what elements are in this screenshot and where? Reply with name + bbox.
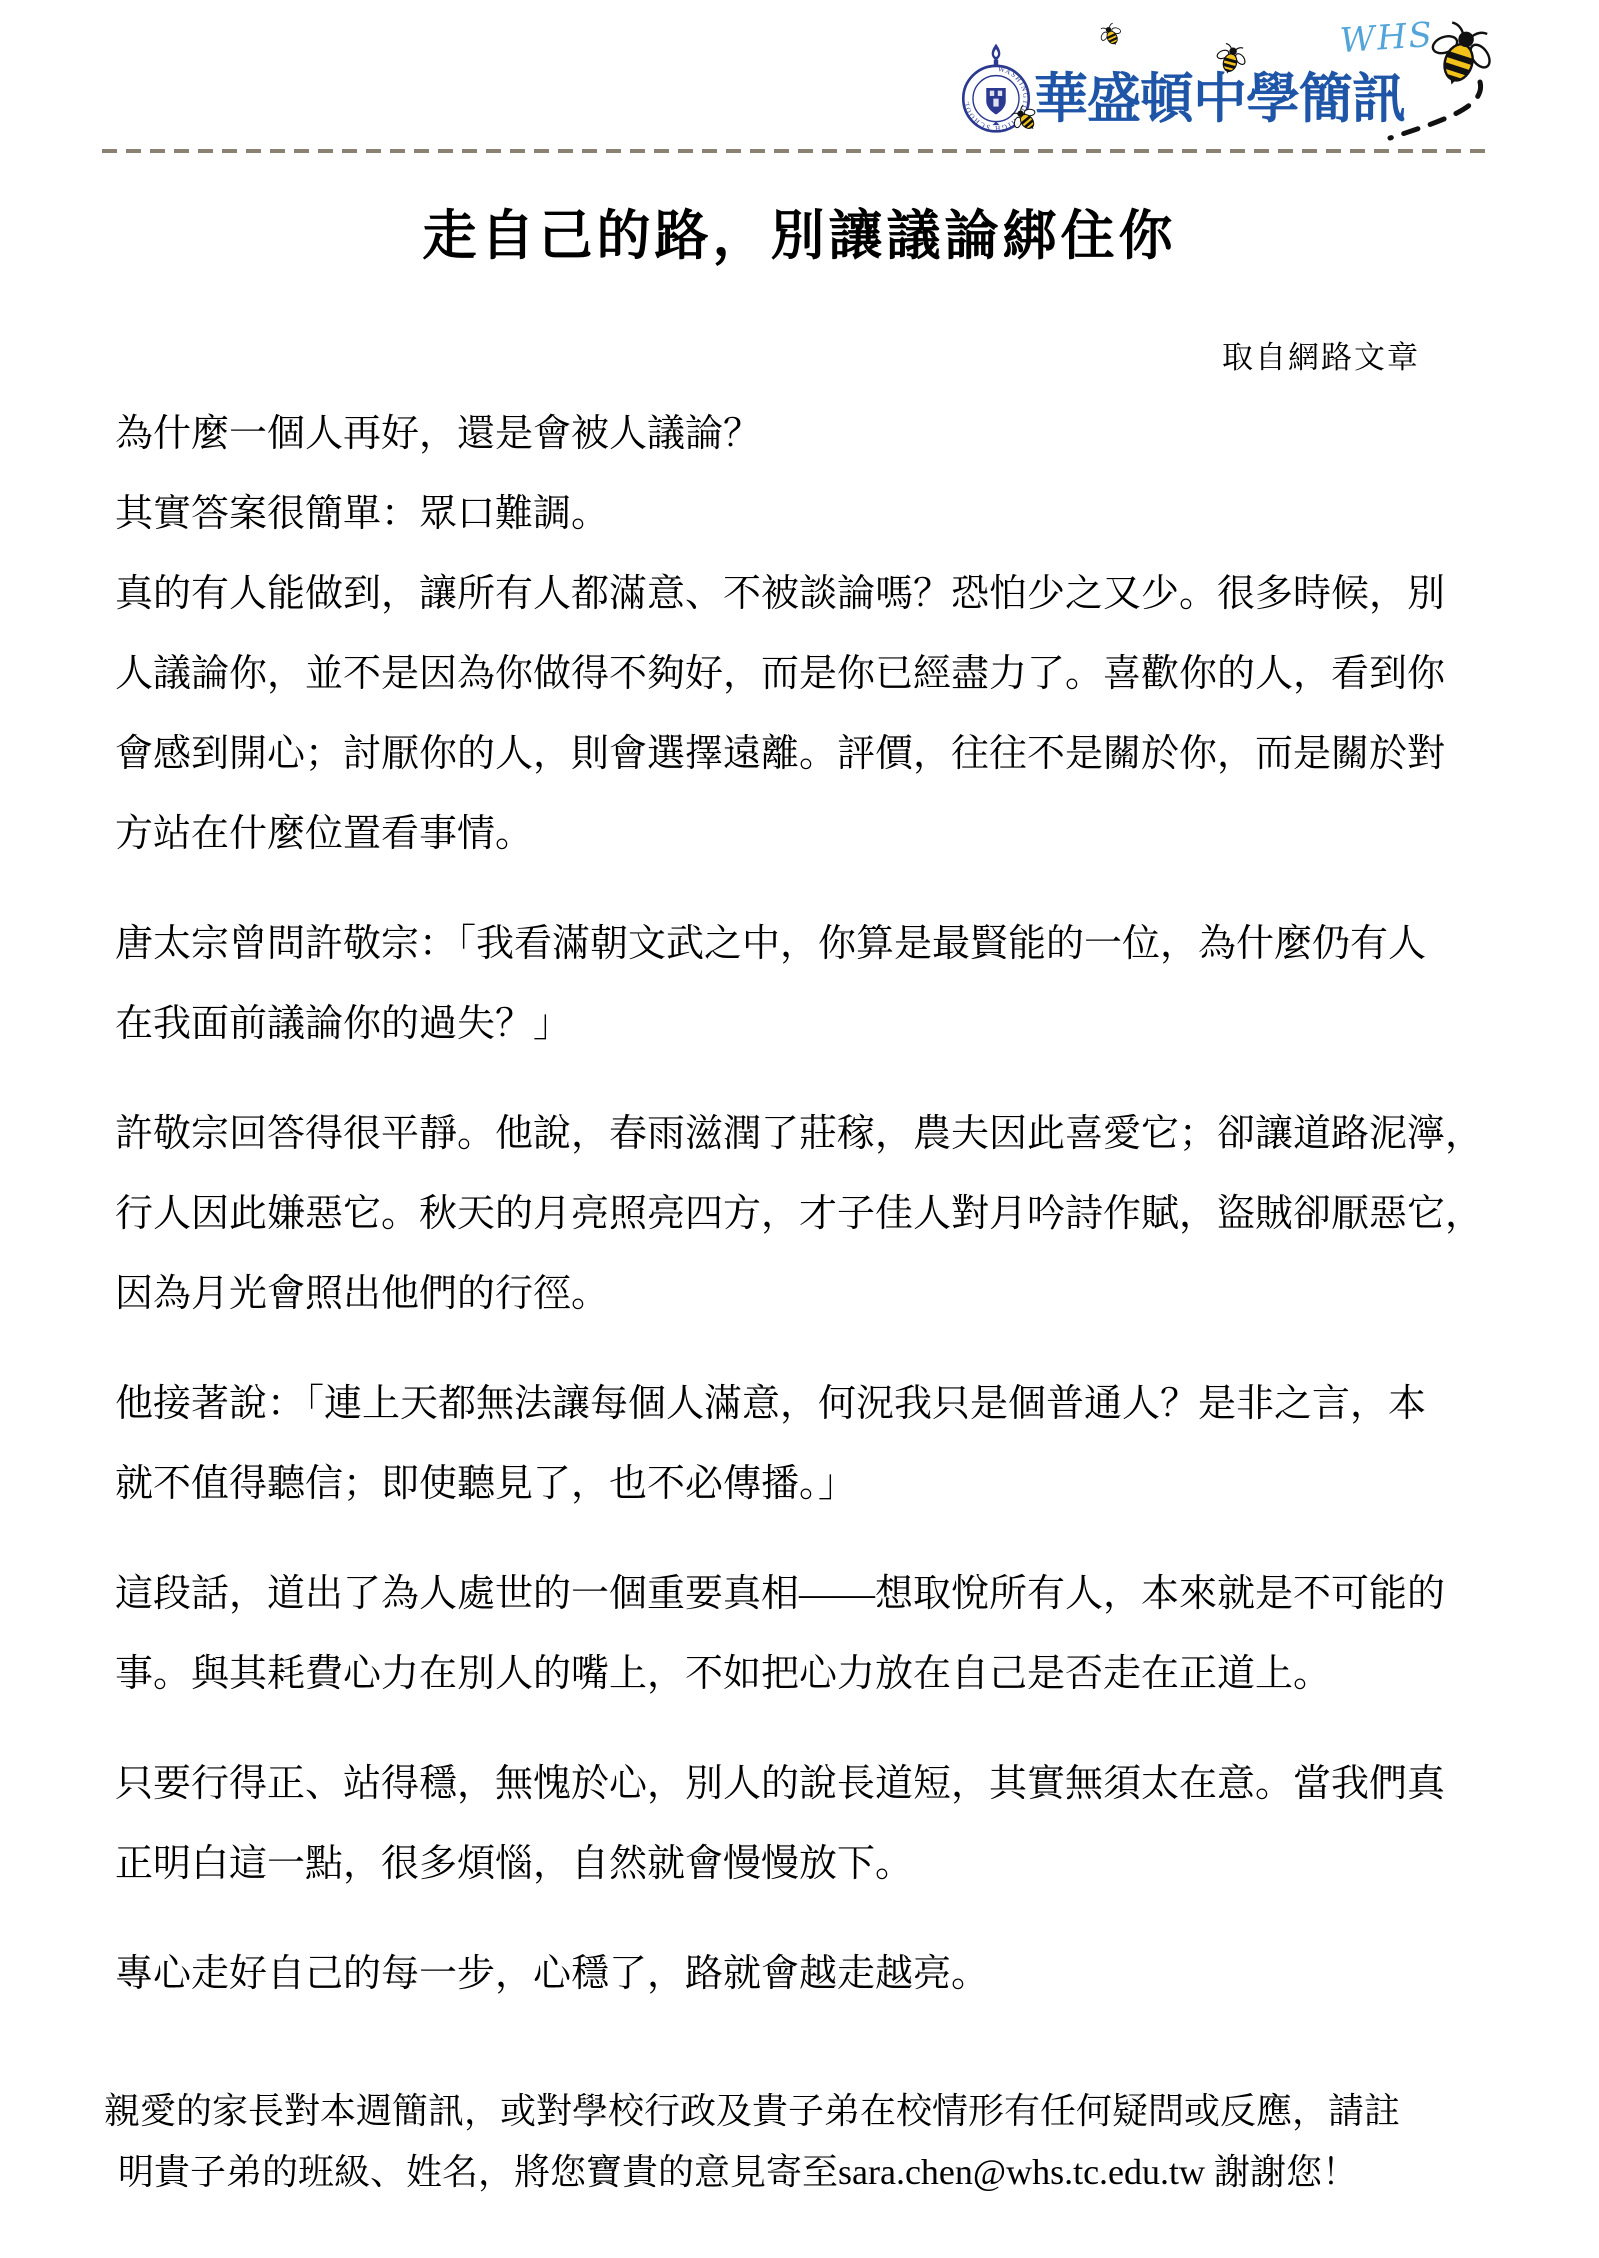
- footer-line: 明貴子弟的班級、姓名，將您寶貴的意見寄至sara.chen@whs.tc.edu…: [104, 2142, 1504, 2203]
- text-line: 就不值得聽信；即使聽見了，也不必傳播。」: [115, 1444, 1499, 1524]
- footer-text: 親愛的家長對本週簡訊，或對學校行政及貴子弟在校情形有任何疑問或反應，請註明貴子弟…: [104, 2081, 1504, 2203]
- bee-icon: [1096, 20, 1125, 49]
- text-line: 行人因此嫌惡它。秋天的月亮照亮四方，才子佳人對月吟詩作賦，盜賊卻厭惡它，: [115, 1174, 1499, 1254]
- text-line: 唐太宗曾問許敬宗：「我看滿朝文武之中，你算是最賢能的一位，為什麼仍有人: [115, 904, 1499, 984]
- paragraph: 這段話，道出了為人處世的一個重要真相——想取悅所有人，本來就是不可能的事。與其耗…: [115, 1554, 1499, 1714]
- text-line: 真的有人能做到，讓所有人都滿意、不被談論嗎？恐怕少之又少。很多時候，別: [115, 554, 1499, 634]
- footer-line: 親愛的家長對本週簡訊，或對學校行政及貴子弟在校情形有任何疑問或反應，請註: [104, 2081, 1504, 2142]
- article-body: 為什麼一個人再好，還是會被人議論？其實答案很簡單：眾口難調。真的有人能做到，讓所…: [115, 394, 1499, 2044]
- article-attribution: 取自網路文章: [1222, 332, 1420, 377]
- text-line: 只要行得正、站得穩，無愧於心，別人的說長道短，其實無須太在意。當我們真: [115, 1744, 1499, 1824]
- text-line: 這段話，道出了為人處世的一個重要真相——想取悅所有人，本來就是不可能的: [115, 1554, 1499, 1634]
- paragraph: 唐太宗曾問許敬宗：「我看滿朝文武之中，你算是最賢能的一位，為什麼仍有人在我面前議…: [115, 904, 1499, 1064]
- dashed-separator: [102, 149, 1494, 153]
- text-line: 其實答案很簡單：眾口難調。: [115, 474, 1499, 554]
- text-line: 在我面前議論你的過失？」: [115, 984, 1499, 1064]
- paragraph: 他接著說：「連上天都無法讓每個人滿意，何況我只是個普通人？是非之言，本就不值得聽…: [115, 1364, 1499, 1524]
- whs-script-text: WHS: [1339, 15, 1435, 61]
- paragraph: 專心走好自己的每一步，心穩了，路就會越走越亮。: [115, 1934, 1499, 2014]
- paragraph: 許敬宗回答得很平靜。他說，春雨滋潤了莊稼，農夫因此喜愛它；卻讓道路泥濘，行人因此…: [115, 1094, 1499, 1334]
- paragraph: 只要行得正、站得穩，無愧於心，別人的說長道短，其實無須太在意。當我們真正明白這一…: [115, 1744, 1499, 1904]
- paragraph: 為什麼一個人再好，還是會被人議論？: [115, 394, 1499, 474]
- text-line: 為什麼一個人再好，還是會被人議論？: [115, 394, 1499, 474]
- bee-flight-trail: [1382, 76, 1494, 148]
- text-line: 正明白這一點，很多煩惱，自然就會慢慢放下。: [115, 1824, 1499, 1904]
- text-line: 因為月光會照出他們的行徑。: [115, 1254, 1499, 1334]
- paragraph: 真的有人能做到，讓所有人都滿意、不被談論嗎？恐怕少之又少。很多時候，別人議論你，…: [115, 554, 1499, 874]
- text-line: 方站在什麼位置看事情。: [115, 794, 1499, 874]
- article-title: 走自己的路，別讓議論綁住你: [0, 193, 1599, 270]
- text-line: 人議論你，並不是因為你做得不夠好，而是你已經盡力了。喜歡你的人，看到你: [115, 634, 1499, 714]
- newsletter-header: WASHINGTON HIGH SCHOOL 華盛頓中學簡訊 WHS: [0, 0, 1599, 160]
- text-line: 事。與其耗費心力在別人的嘴上，不如把心力放在自己是否走在正道上。: [115, 1634, 1499, 1714]
- text-line: 許敬宗回答得很平靜。他說，春雨滋潤了莊稼，農夫因此喜愛它；卻讓道路泥濘，: [115, 1094, 1499, 1174]
- text-line: 專心走好自己的每一步，心穩了，路就會越走越亮。: [115, 1934, 1499, 2014]
- newsletter-page: WASHINGTON HIGH SCHOOL 華盛頓中學簡訊 WHS 走自己的路…: [0, 0, 1599, 2258]
- text-line: 會感到開心；討厭你的人，則會選擇遠離。評價，往往不是關於你，而是關於對: [115, 714, 1499, 794]
- paragraph: 其實答案很簡單：眾口難調。: [115, 474, 1499, 554]
- text-line: 他接著說：「連上天都無法讓每個人滿意，何況我只是個普通人？是非之言，本: [115, 1364, 1499, 1444]
